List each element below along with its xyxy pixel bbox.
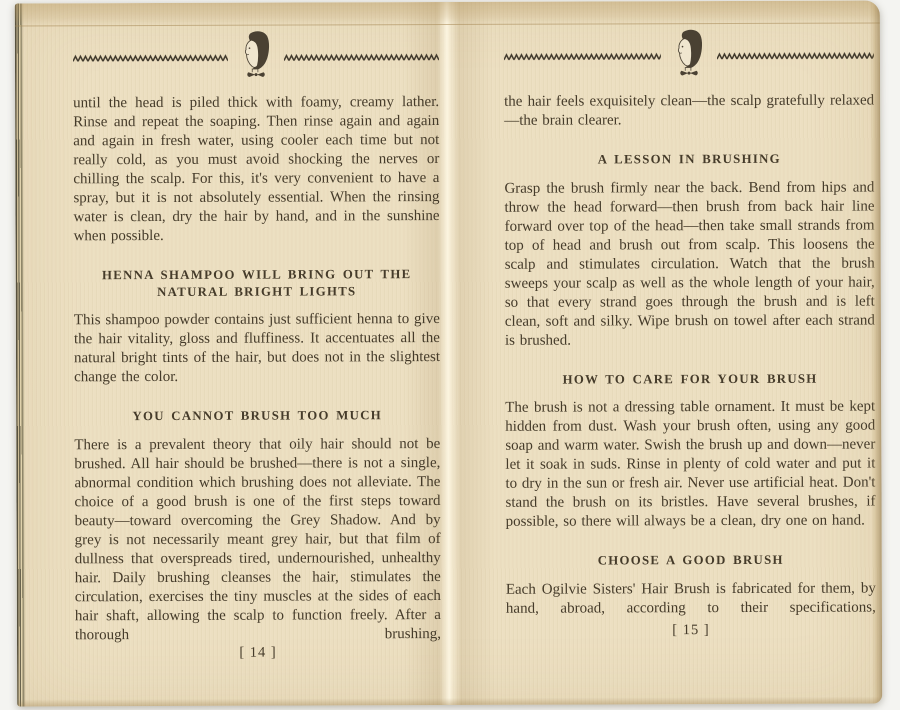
scanned-booklet: until the head is piled thick with foamy… xyxy=(15,0,882,706)
paragraph-choose-good-brush: Each Ogilvie Sisters' Hair Brush is fabr… xyxy=(506,579,876,618)
woman-profile-head-icon xyxy=(672,28,706,81)
paragraph-brushing-theory: There is a prevalent theory that oily ha… xyxy=(74,435,441,645)
page-right-edge xyxy=(870,0,882,703)
paragraph-hair-feels-clean: the hair feels exquisitely clean—the sca… xyxy=(504,92,874,131)
page-right-header xyxy=(504,29,874,84)
section-heading-henna-shampoo: HENNA SHAMPOO WILL BRING OUT THE NATURAL… xyxy=(90,266,424,300)
zigzag-rule-icon xyxy=(73,53,228,63)
paragraph-henna-shampoo: This shampoo powder contains just suffic… xyxy=(74,310,440,387)
page-left: until the head is piled thick with foamy… xyxy=(73,30,441,643)
page-number-right: [ 15 ] xyxy=(506,622,876,642)
paragraph-care-for-brush: The brush is not a dressing table orname… xyxy=(505,398,875,532)
section-heading-cannot-brush-too-much: YOU CANNOT BRUSH TOO MUCH xyxy=(90,407,424,425)
zigzag-rule-icon xyxy=(284,53,439,63)
page-left-header xyxy=(73,30,439,85)
page-right: the hair feels exquisitely clean—the sca… xyxy=(504,29,876,642)
section-heading-choose-good-brush: CHOOSE A GOOD BRUSH xyxy=(522,552,860,570)
paragraph-lesson-in-brushing: Grasp the brush firmly near the back. Be… xyxy=(504,178,875,350)
page-number-left: [ 14 ] xyxy=(75,644,441,664)
woman-profile-head-icon xyxy=(239,29,273,82)
paragraph-shampoo-rinse: until the head is piled thick with foamy… xyxy=(73,93,440,246)
zigzag-rule-icon xyxy=(504,52,661,62)
section-heading-lesson-in-brushing: A LESSON IN BRUSHING xyxy=(520,151,858,169)
zigzag-rule-icon xyxy=(717,51,874,61)
section-heading-care-for-brush: HOW TO CARE FOR YOUR BRUSH xyxy=(521,370,859,388)
page-top-edge xyxy=(15,0,880,26)
